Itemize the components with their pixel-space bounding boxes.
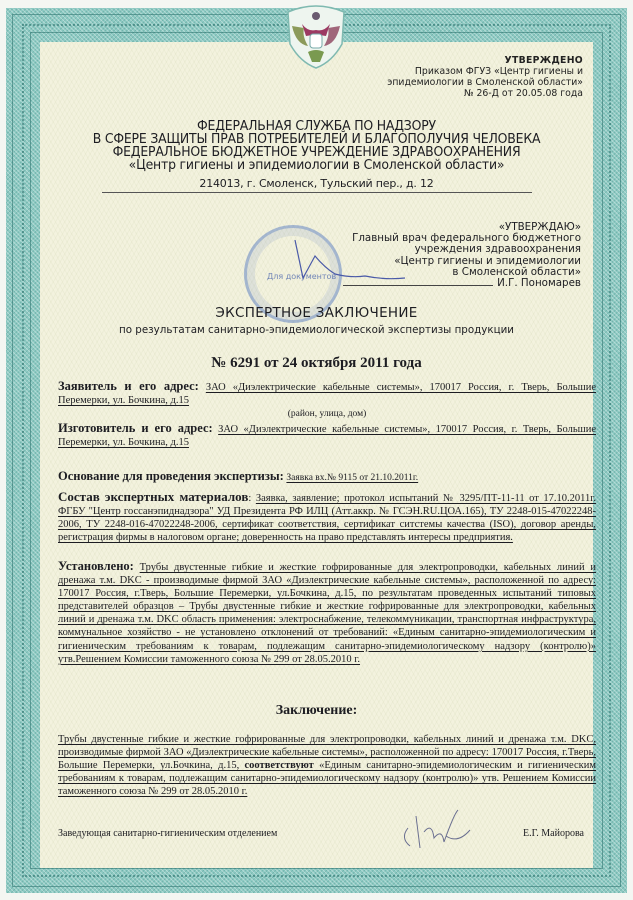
conclusion-section: Трубы двустенные гибкие и жесткие гофрир… xyxy=(58,733,596,798)
applicant-section: Заявитель и его адрес: ЗАО «Диэлектричес… xyxy=(58,380,596,449)
signature-footer: Заведующая санитарно-гигиеническим отдел… xyxy=(58,828,596,839)
established-label: Установлено: xyxy=(58,559,134,573)
coat-of-arms-emblem-icon xyxy=(282,4,350,70)
conclusion-title: Заключение: xyxy=(40,703,593,719)
signatory-name-footer: Е.Г. Майорова xyxy=(523,828,584,839)
signatory-name: И.Г. Пономарев xyxy=(497,277,581,289)
document-number: № 6291 от 24 октября 2011 года xyxy=(40,355,593,372)
document-subtitle: по результатам санитарно-эпидемиологичес… xyxy=(40,324,593,336)
approved-line: № 26-Д от 20.05.08 года xyxy=(387,88,583,99)
org-address: 214013, г. Смоленск, Тульский пер., д. 1… xyxy=(102,177,532,193)
signatory-position: Заведующая санитарно-гигиеническим отдел… xyxy=(58,828,277,839)
basis-section: Основание для проведения экспертизы: Зая… xyxy=(58,470,596,485)
conclusion-emphasis: соответствуют xyxy=(245,760,314,771)
basis-label: Основание для проведения экспертизы: xyxy=(58,469,284,483)
approved-title: УТВЕРЖДЕНО xyxy=(387,55,583,66)
applicant-label: Заявитель и его адрес: xyxy=(58,379,199,393)
approved-by-order-block: УТВЕРЖДЕНО Приказом ФГУЗ «Центр гигиены … xyxy=(387,55,583,99)
org-line: «Центр гигиены и эпидемиологии в Смоленс… xyxy=(78,159,555,172)
approved-line: эпидемиологии в Смоленской области» xyxy=(387,77,583,88)
established-value: Трубы двустенные гибкие и жесткие гофрир… xyxy=(58,562,596,665)
document-title: ЭКСПЕРТНОЕ ЗАКЛЮЧЕНИЕ xyxy=(40,305,593,321)
approved-line: Приказом ФГУЗ «Центр гигиены и xyxy=(387,66,583,77)
basis-value: Заявка вх.№ 9115 от 21.10.2011г. xyxy=(286,473,418,483)
materials-section: Состав экспертных материалов: Заявка, за… xyxy=(58,490,596,544)
materials-label: Состав экспертных материалов xyxy=(58,489,248,504)
document-title-block: ЭКСПЕРТНОЕ ЗАКЛЮЧЕНИЕ по результатам сан… xyxy=(40,305,593,336)
established-section: Установлено: Трубы двустенные гибкие и ж… xyxy=(58,560,596,666)
manufacturer-label: Изготовитель и его адрес: xyxy=(58,421,213,435)
address-hint: (район, улица, дом) xyxy=(58,408,596,421)
signature-chief-doctor-icon xyxy=(255,238,435,286)
organization-header: ФЕДЕРАЛЬНАЯ СЛУЖБА ПО НАДЗОРУ В СФЕРЕ ЗА… xyxy=(60,120,573,193)
